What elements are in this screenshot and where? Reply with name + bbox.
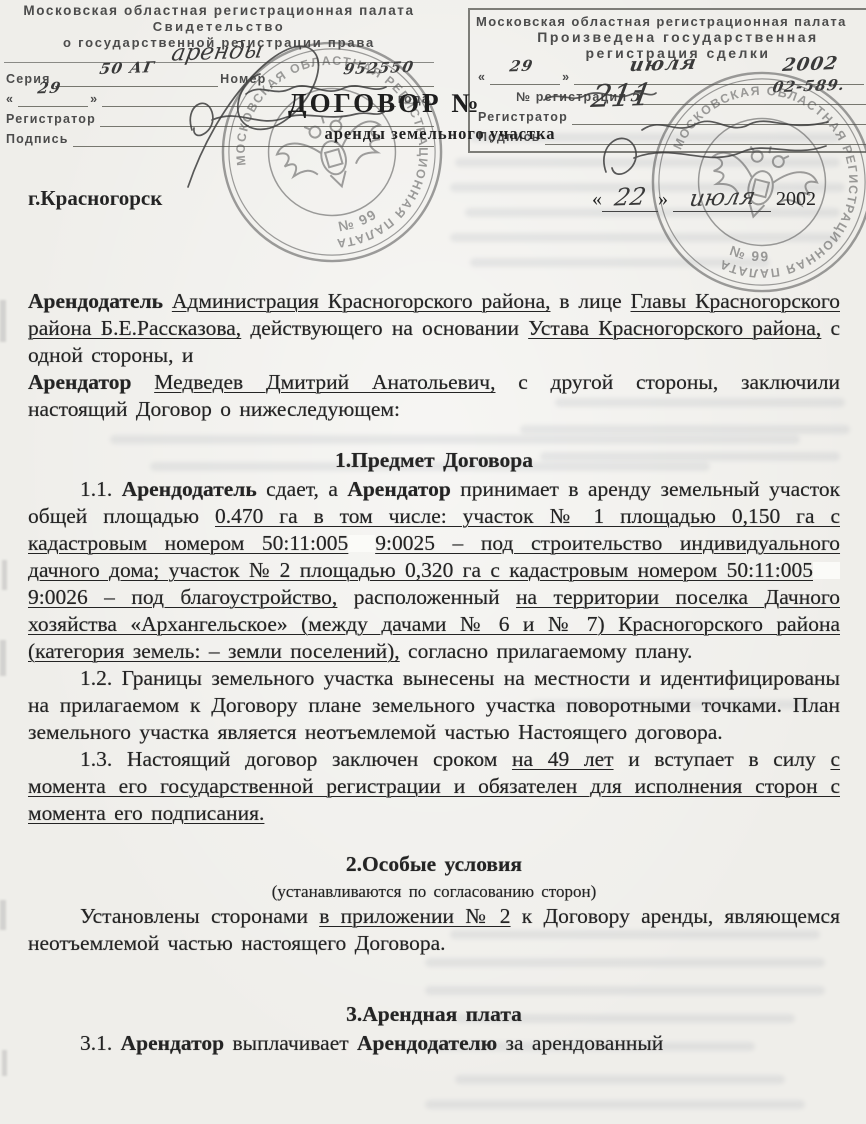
stamp-org-name: Московская областная регистрационная пал… [476,14,866,29]
clause-1-2: 1.2. Границы земельного участка вынесены… [28,665,840,746]
handwritten-contract-number: 211 [592,78,651,114]
text-run: 3.Арендная плата [346,1002,522,1026]
registrar-label: Регистратор [476,110,572,125]
quote-close: » [560,70,574,85]
section-2-note: (устанавливаются по согласованию сторон) [28,880,840,903]
text-run: на 49 лет [512,747,614,771]
text-run: в лице [551,289,631,313]
registrar-label: Регистратор [4,112,100,127]
month-blank: июля [673,185,771,212]
clause-1-1: 1.1. Арендодатель сдает, а Арендатор при… [28,476,840,665]
text-run: расположенный [337,585,516,609]
text-run: 2.Особые условия [346,852,522,876]
handwritten-month: июля [687,184,757,212]
stamp-action-line1: Произведена государственная [476,29,866,45]
scan-edge-smudge [2,560,7,590]
signature-label: Подпись [4,132,73,147]
svg-text:МОСКОВСКАЯ ОБЛАСТНАЯ РЕГИСТРАЦ: МОСКОВСКАЯ ОБЛАСТНАЯ РЕГИСТРАЦИОННАЯ ПАЛ… [211,30,453,273]
text-run: 1.1. [80,477,122,501]
text-run: сдает, а [257,477,348,501]
day-field: 29 [18,90,88,107]
printed-year: 2002 [776,188,816,210]
text-run: Устава Красногорского района, [528,316,821,340]
document-subtitle: аренды земельного участка [250,124,630,144]
text-run: Арендатор [121,1031,224,1055]
party-landlord: Арендодатель Администрация Красногорског… [28,288,840,369]
text-run: Арендатор [28,370,154,394]
bleedthrough-line [425,1100,805,1109]
clause-2-text: Установлены сторонами в приложении № 2 к… [28,903,840,957]
quote-open: « [476,70,490,85]
signing-date-line: «22» июля 2002 [592,183,816,212]
clause-1-3: 1.3. Настоящий договор заключен сроком н… [28,746,840,827]
scan-edge-smudge [2,1050,7,1076]
text-run: в приложении № 2 [319,904,510,928]
text-run: 1.2. Границы земельного участка вынесены… [28,666,840,744]
text-run: 3.1. [80,1031,121,1055]
text-run: (устанавливаются по согласованию сторон) [272,882,597,901]
handwritten-day: 29 [36,79,63,98]
seal-org-text: МОСКОВСКАЯ ОБЛАСТНАЯ РЕГИСТРАЦИОННАЯ ПАЛ… [211,30,453,273]
text-run: Арендодателю [357,1031,497,1055]
redaction-box [348,535,375,552]
double-eagle-emblem [701,133,822,229]
scan-edge-smudge [0,640,6,676]
text-run: Арендодатель [28,289,172,313]
redaction-box [813,562,840,579]
section-1-heading: 1.Предмет Договора [28,447,840,474]
day-blank: 22 [602,183,658,212]
text-run: Медведев Дмитрий Анатольевич, [154,370,495,394]
text-run: выплачивает [224,1031,357,1055]
text-run: за арендованный [497,1031,663,1055]
quote-close: » [88,92,102,107]
scan-edge-smudge [0,300,6,342]
day-field: 29 [490,68,560,85]
quote-open: « [4,92,18,107]
handwritten-day: 22 [612,182,648,211]
stamp-org-name: Московская областная регистрационная пал… [4,3,434,18]
text-run: 1.3. Настоящий договор заключен сроком [80,747,512,771]
scanned-contract-page: Московская областная регистрационная пал… [0,0,866,1124]
text-run: 9:0026 – под благоустройство, [28,585,337,609]
text-run: Администрация Красногорского района, [172,289,551,313]
contract-body: Арендодатель Администрация Красногорског… [28,288,840,1057]
text-run: Арендодатель [122,477,257,501]
text-run: согласно прилагаемому плану. [400,639,693,663]
scan-edge-smudge [0,900,6,930]
text-run: и вступает в силу [614,747,831,771]
text-run: 1.Предмет Договора [335,448,533,472]
clause-3-1: 3.1. Арендатор выплачивает Арендодателю … [28,1030,840,1057]
bleedthrough-line [455,1075,785,1084]
party-tenant: Арендатор Медведев Дмитрий Анатольевич, … [28,369,840,423]
text-run: Установлены сторонами [80,904,319,928]
section-2-heading: 2.Особые условия [28,851,840,878]
handwritten-day: 29 [508,57,535,76]
document-title: ДОГОВОР № [288,88,481,119]
handwritten-series: 50 АГ [99,58,157,78]
quote-close: » [658,188,668,210]
text-run: Арендатор [347,477,450,501]
quote-open: « [592,188,602,210]
section-3-heading: 3.Арендная плата [28,1001,840,1028]
city-label: г.Красногорск [28,186,162,211]
text-run: действующего на основании [241,316,528,340]
